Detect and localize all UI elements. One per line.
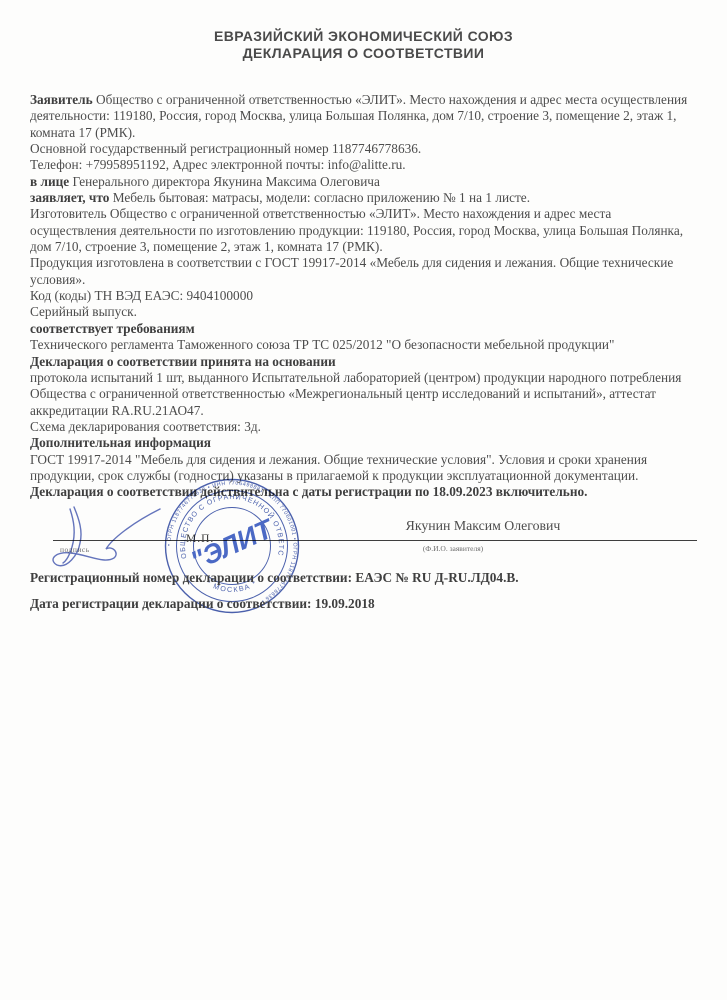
registration-date: Дата регистрации декларации о соответств… bbox=[30, 596, 710, 612]
paragraph-scheme: Схема декларирования соответствия: 3д. bbox=[30, 419, 698, 435]
company-round-stamp: • ОГРН 1187746778636 • ИНН 7706498881 • … bbox=[162, 476, 302, 616]
in-person-text: Генерального директора Якунина Максима О… bbox=[69, 174, 380, 189]
heading-complies: соответствует требованиям bbox=[30, 321, 698, 337]
paragraph-ogrn: Основной государственный регистрационный… bbox=[30, 141, 698, 157]
paragraph-applicant: Заявитель Общество с ограниченной ответс… bbox=[30, 92, 698, 141]
applicant-full-name: Якунин Максим Олегович bbox=[363, 518, 603, 534]
heading-basis: Декларация о соответствии принята на осн… bbox=[30, 354, 698, 370]
title-union: ЕВРАЗИЙСКИЙ ЭКОНОМИЧЕСКИЙ СОЮЗ bbox=[0, 28, 727, 45]
applicant-text: Общество с ограниченной ответственностью… bbox=[30, 92, 687, 140]
in-person-label: в лице bbox=[30, 174, 69, 189]
paragraph-serial: Серийный выпуск. bbox=[30, 304, 698, 320]
paragraph-tnved-code: Код (коды) ТН ВЭД ЕАЭС: 9404100000 bbox=[30, 288, 698, 304]
full-name-caption: (Ф.И.О. заявителя) bbox=[398, 544, 508, 553]
paragraph-gost: Продукция изготовлена в соответствии с Г… bbox=[30, 255, 698, 288]
paragraph-declares: заявляет, что Мебель бытовая: матрасы, м… bbox=[30, 190, 698, 206]
heading-additional-info: Дополнительная информация bbox=[30, 435, 698, 451]
paragraph-regulation: Технического регламента Таможенного союз… bbox=[30, 337, 698, 353]
paragraph-validity: Декларация о соответствии действительна … bbox=[30, 484, 698, 500]
paragraph-in-person: в лице Генерального директора Якунина Ма… bbox=[30, 174, 698, 190]
paragraph-contacts: Телефон: +79958951192, Адрес электронной… bbox=[30, 157, 698, 173]
paragraph-basis: протокола испытаний 1 шт, выданного Испы… bbox=[30, 370, 698, 419]
paragraph-manufacturer: Изготовитель Общество с ограниченной отв… bbox=[30, 206, 698, 255]
stamp-center-company-text: "ЭЛИТ bbox=[186, 513, 279, 576]
declaration-document: ЕВРАЗИЙСКИЙ ЭКОНОМИЧЕСКИЙ СОЮЗ ДЕКЛАРАЦИ… bbox=[0, 0, 727, 1000]
declares-text: Мебель бытовая: матрасы, модели: согласн… bbox=[109, 190, 530, 205]
declares-label: заявляет, что bbox=[30, 190, 109, 205]
paragraph-additional-info: ГОСТ 19917-2014 "Мебель для сидения и ле… bbox=[30, 452, 698, 485]
document-title: ЕВРАЗИЙСКИЙ ЭКОНОМИЧЕСКИЙ СОЮЗ ДЕКЛАРАЦИ… bbox=[0, 28, 727, 61]
document-body: Заявитель Общество с ограниченной ответс… bbox=[30, 92, 698, 501]
title-declaration: ДЕКЛАРАЦИЯ О СООТВЕТСТВИИ bbox=[0, 45, 727, 62]
applicant-label: Заявитель bbox=[30, 92, 93, 107]
registration-number: Регистрационный номер декларации о соотв… bbox=[30, 570, 710, 586]
